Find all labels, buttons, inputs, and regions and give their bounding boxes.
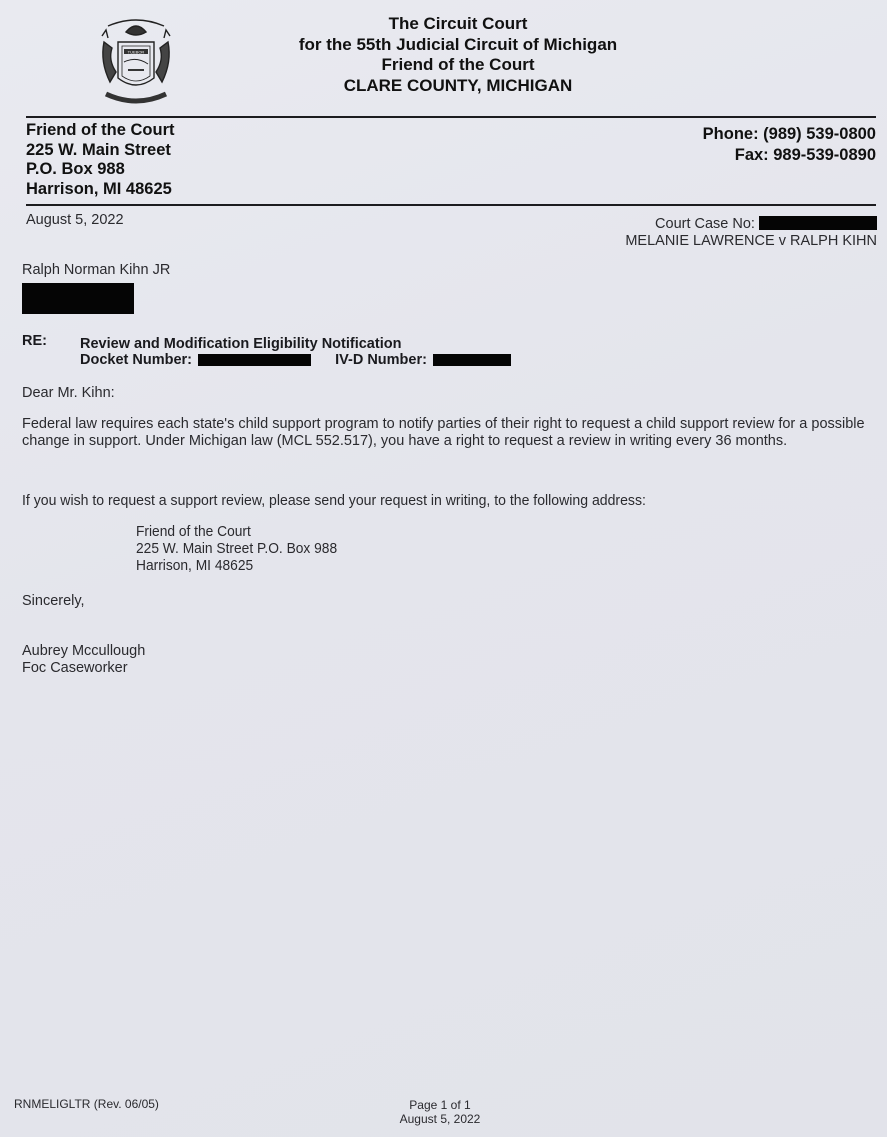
office-line-3: P.O. Box 988 — [26, 160, 174, 180]
body-paragraph-1: Federal law requires each state's child … — [22, 416, 884, 449]
header-divider — [26, 116, 876, 118]
office-address: Friend of the Court 225 W. Main Street P… — [26, 121, 174, 199]
review-address-line-3: Harrison, MI 48625 — [136, 558, 337, 575]
case-info: Court Case No: MELANIE LAWRENCE v RALPH … — [625, 216, 877, 250]
salutation: Dear Mr. Kihn: — [22, 385, 115, 401]
recipient-address-redaction — [22, 283, 134, 314]
address-divider — [26, 204, 876, 206]
fax-number: Fax: 989-539-0890 — [703, 145, 876, 166]
phone-number: Phone: (989) 539-0800 — [703, 124, 876, 145]
re-subject-block: Review and Modification Eligibility Noti… — [80, 336, 511, 368]
ivd-label: IV-D Number: — [335, 352, 427, 368]
re-label: RE: — [22, 333, 47, 349]
header-line-3: Friend of the Court — [250, 55, 666, 76]
footer-date: August 5, 2022 — [360, 1112, 520, 1126]
office-contact: Phone: (989) 539-0800 Fax: 989-539-0890 — [703, 124, 876, 166]
case-parties: MELANIE LAWRENCE v RALPH KIHN — [625, 233, 877, 250]
closing: Sincerely, — [22, 593, 85, 609]
office-line-4: Harrison, MI 48625 — [26, 180, 174, 200]
court-header: The Circuit Court for the 55th Judicial … — [250, 14, 666, 96]
recipient-block: Ralph Norman Kihn JR — [22, 262, 170, 316]
signer-name: Aubrey Mccullough — [22, 643, 145, 660]
page-number: Page 1 of 1 — [360, 1098, 520, 1112]
court-case-label: Court Case No: — [655, 216, 755, 232]
re-subject: Review and Modification Eligibility Noti… — [80, 336, 511, 352]
ivd-redaction — [433, 354, 511, 366]
docket-redaction — [198, 354, 311, 366]
docket-label: Docket Number: — [80, 352, 192, 368]
office-line-1: Friend of the Court — [26, 121, 174, 141]
body-paragraph-2: If you wish to request a support review,… — [22, 493, 646, 509]
footer-form-id: RNMELIGLTR (Rev. 06/05) — [14, 1097, 159, 1111]
review-address-line-2: 225 W. Main Street P.O. Box 988 — [136, 541, 337, 558]
review-address-line-1: Friend of the Court — [136, 524, 337, 541]
header-line-4: CLARE COUNTY, MICHIGAN — [250, 76, 666, 97]
svg-text:TUEBOR: TUEBOR — [128, 50, 145, 55]
letter-page: TUEBOR The Circuit Court for the 55th Ju… — [0, 0, 887, 1137]
letter-date: August 5, 2022 — [26, 212, 124, 228]
court-case-redaction — [759, 216, 877, 230]
header-line-1: The Circuit Court — [250, 14, 666, 35]
recipient-name: Ralph Norman Kihn JR — [22, 262, 170, 278]
footer-page-info: Page 1 of 1 August 5, 2022 — [360, 1098, 520, 1126]
review-address: Friend of the Court 225 W. Main Street P… — [136, 524, 337, 575]
signature-block: Aubrey Mccullough Foc Caseworker — [22, 643, 145, 676]
office-line-2: 225 W. Main Street — [26, 141, 174, 161]
michigan-seal-icon: TUEBOR — [88, 12, 184, 110]
signer-title: Foc Caseworker — [22, 660, 145, 677]
header-line-2: for the 55th Judicial Circuit of Michiga… — [250, 35, 666, 56]
